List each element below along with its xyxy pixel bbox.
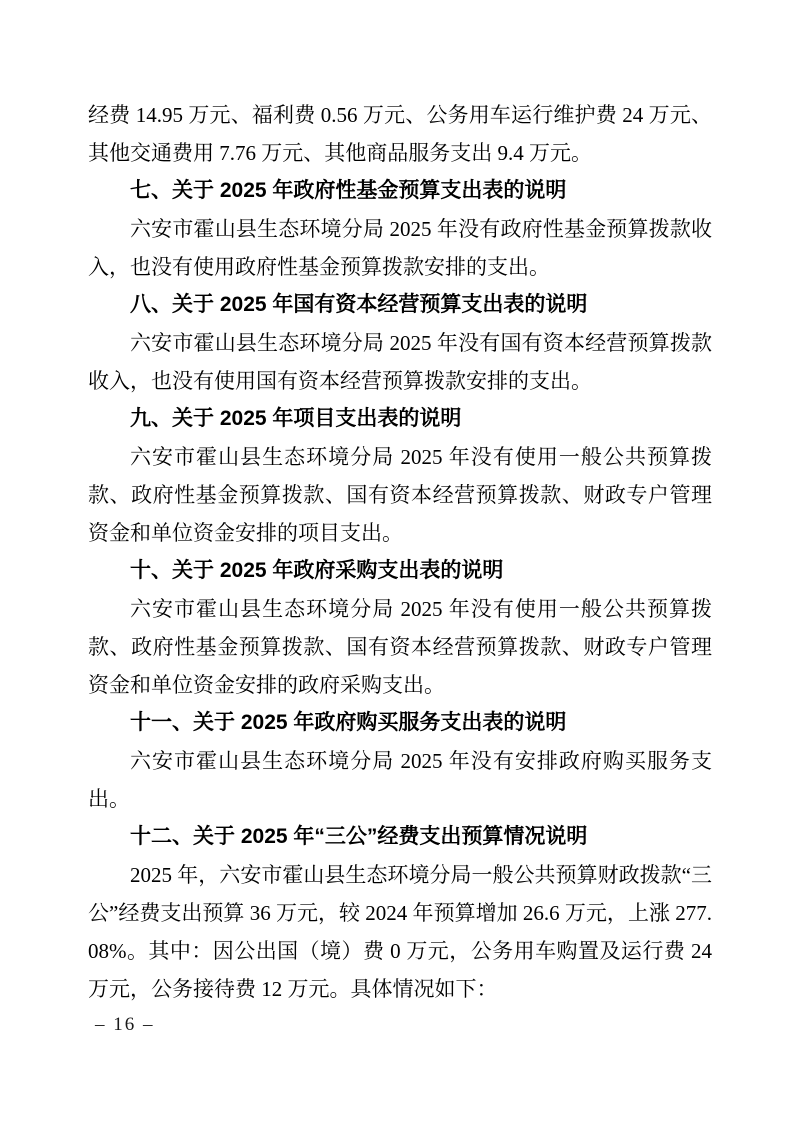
body-paragraph: 六安市霍山县生态环境分局 2025 年没有国有资本经营预算拨款收入，也没有使用国… (88, 324, 712, 400)
section-heading: 九、关于 2025 年项目支出表的说明 (88, 400, 712, 438)
body-paragraph: 六安市霍山县生态环境分局 2025 年没有安排政府购买服务支出。 (88, 742, 712, 818)
section-heading: 十二、关于 2025 年“三公”经费支出预算情况说明 (88, 818, 712, 856)
section-heading: 十、关于 2025 年政府采购支出表的说明 (88, 552, 712, 590)
page-number: – 16 – (95, 1013, 155, 1037)
document-page: 经费 14.95 万元、福利费 0.56 万元、公务用车运行维护费 24 万元、… (0, 0, 793, 1122)
section-heading: 七、关于 2025 年政府性基金预算支出表的说明 (88, 172, 712, 210)
body-paragraph: 经费 14.95 万元、福利费 0.56 万元、公务用车运行维护费 24 万元、… (88, 96, 712, 172)
body-paragraph: 六安市霍山县生态环境分局 2025 年没有使用一般公共预算拨款、政府性基金预算拨… (88, 438, 712, 552)
section-heading: 八、关于 2025 年国有资本经营预算支出表的说明 (88, 286, 712, 324)
section-heading: 十一、关于 2025 年政府购买服务支出表的说明 (88, 704, 712, 742)
body-paragraph: 六安市霍山县生态环境分局 2025 年没有政府性基金预算拨款收入，也没有使用政府… (88, 210, 712, 286)
body-paragraph: 六安市霍山县生态环境分局 2025 年没有使用一般公共预算拨款、政府性基金预算拨… (88, 590, 712, 704)
document-body: 经费 14.95 万元、福利费 0.56 万元、公务用车运行维护费 24 万元、… (88, 96, 712, 1008)
body-paragraph: 2025 年，六安市霍山县生态环境分局一般公共预算财政拨款“三公”经费支出预算 … (88, 856, 712, 1008)
